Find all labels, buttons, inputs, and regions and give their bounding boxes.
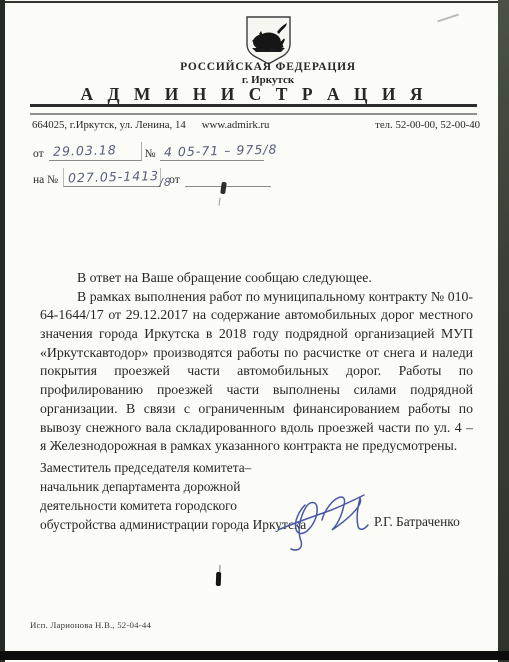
signature-title-line: Заместитель председателя комитета–: [40, 458, 306, 477]
outgoing-ref-row: от 29.03.18 № 4 05-71 – 975/8: [33, 140, 271, 161]
ref-date-label: от: [33, 148, 44, 161]
org-phone: тел. 52-00-00, 52-00-40: [375, 119, 480, 131]
signature-title-block: Заместитель председателя комитета– начал…: [40, 458, 306, 535]
scan-border-left: [0, 0, 5, 662]
reply-number-main: 027.05-1413: [68, 168, 159, 185]
ref-number-field: 4 05-71 – 975/8: [160, 142, 264, 161]
reply-date-field: [185, 168, 271, 187]
incoming-ref-row: на № 027.05-1413/8 от: [33, 166, 271, 187]
org-website: www.admirk.ru: [202, 119, 270, 131]
scan-border-bottom: [0, 651, 509, 660]
scan-smudge: [437, 14, 459, 23]
scan-border-right: [498, 0, 509, 662]
header-administration: А Д М И Н И С Т Р А Ц И Я: [28, 84, 480, 105]
coat-of-arms-icon: [245, 15, 292, 66]
executor-note: Исп. Ларионова Н.В., 52-04-44: [30, 620, 151, 630]
ref-number-label: №: [145, 148, 156, 161]
scan-border-top: [0, 1, 509, 3]
signature-title-line: деятельности комитета городского: [40, 496, 306, 515]
address-line: 664025, г.Иркутск, ул. Ленина, 14www.adm…: [32, 119, 480, 131]
reply-ref-label: на №: [33, 174, 58, 187]
ref-date-field: 29.03.18: [49, 142, 142, 161]
letter-body: В ответ на Ваше обращение сообщаю следую…: [40, 269, 473, 456]
handwritten-reply-number: 027.05-1413/8: [68, 168, 172, 186]
body-paragraph: В рамках выполнения работ по муниципальн…: [40, 288, 473, 456]
reply-number-suffix: /8: [159, 176, 172, 189]
signature-icon: [274, 490, 372, 554]
signature-name: Р.Г. Батраченко: [374, 514, 460, 530]
body-paragraph: В ответ на Ваше обращение сообщаю следую…: [40, 269, 473, 288]
ink-artifact: [216, 572, 221, 586]
signature-title-line: обустройства администрации города Иркутс…: [40, 515, 306, 534]
reference-block: от 29.03.18 № 4 05-71 – 975/8 на № 027.0…: [33, 140, 271, 192]
org-address-group: 664025, г.Иркутск, ул. Ленина, 14www.adm…: [32, 119, 269, 131]
signature-title-line: начальник департамента дорожной: [40, 477, 306, 496]
org-address: 664025, г.Иркутск, ул. Ленина, 14: [32, 119, 186, 131]
handwritten-date: 29.03.18: [52, 142, 116, 159]
handwritten-number: 4 05-71 – 975/8: [163, 142, 277, 160]
header-rule: [30, 104, 477, 115]
reply-ref-field: 027.05-1413/8: [63, 168, 161, 187]
header-country: РОССИЙСКАЯ ФЕДЕРАЦИЯ: [48, 61, 488, 73]
ink-artifact: [220, 182, 227, 195]
scanned-letter-page: РОССИЙСКАЯ ФЕДЕРАЦИЯ г. Иркутск А Д М И …: [0, 0, 509, 662]
